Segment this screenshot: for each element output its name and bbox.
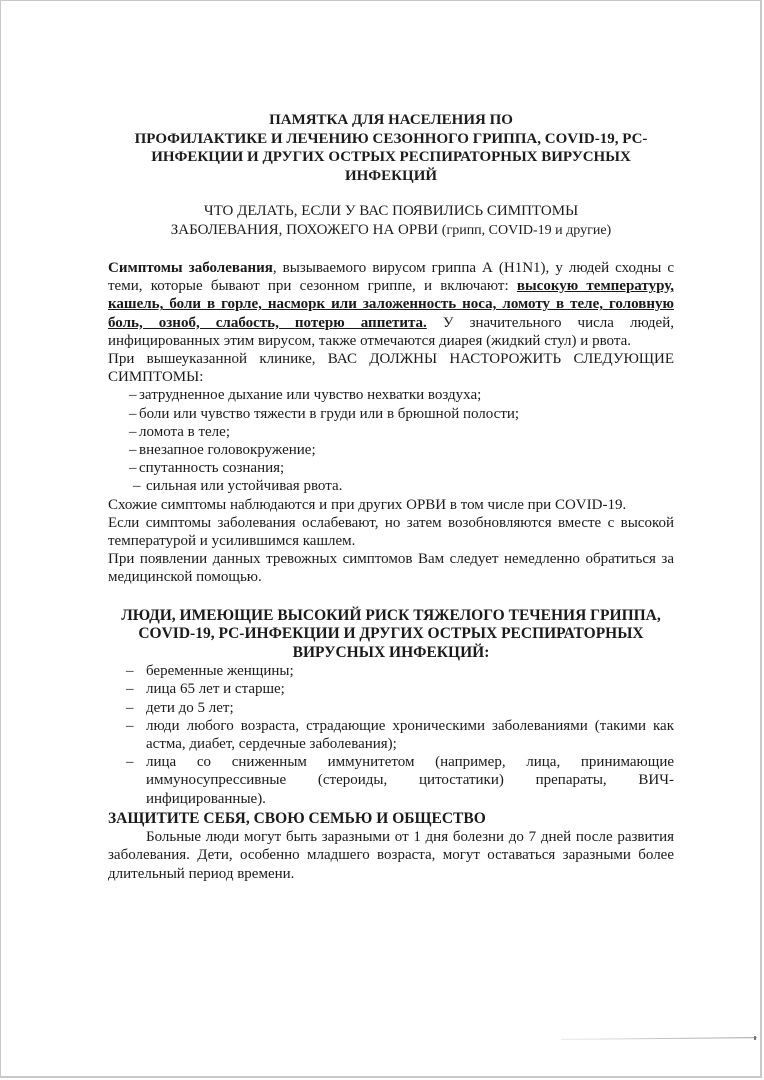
risk-title-line: ВИРУСНЫХ ИНФЕКЦИЙ: — [108, 644, 674, 663]
list-item-text: внезапное головокружение; — [139, 442, 316, 458]
dash-bullet: – — [126, 717, 134, 735]
document-title: ПАМЯТКА ДЛЯ НАСЕЛЕНИЯ ПО ПРОФИЛАКТИКЕ И … — [108, 111, 674, 185]
list-item: –лица со сниженным иммунитетом (например… — [108, 753, 674, 808]
scan-artifact-mark — [754, 1036, 756, 1040]
list-item-text: беременные женщины; — [146, 663, 294, 679]
list-item-text: боли или чувство тяжести в груди или в б… — [139, 406, 519, 422]
dash-bullet: – — [129, 459, 137, 477]
list-item: –беременные женщины; — [108, 662, 674, 680]
subtitle-line: ЧТО ДЕЛАТЬ, ЕСЛИ У ВАС ПОЯВИЛИСЬ СИМПТОМ… — [108, 202, 674, 221]
list-item: –боли или чувство тяжести в груди или в … — [108, 405, 674, 423]
similar-symptoms-paragraph: Схожие симптомы наблюдаются и при других… — [108, 496, 674, 514]
protect-paragraph: Больные люди могут быть заразными от 1 д… — [108, 828, 674, 883]
list-item-text: сильная или устойчивая рвота. — [146, 478, 342, 494]
dash-bullet: – — [129, 423, 137, 441]
list-item-text: дети до 5 лет; — [146, 700, 234, 716]
list-item: –спутанность сознания; — [108, 459, 674, 477]
title-line: ИНФЕКЦИЙ — [108, 167, 674, 186]
list-item-text: спутанность сознания; — [139, 460, 284, 476]
title-line: ПРОФИЛАКТИКЕ И ЛЕЧЕНИЮ СЕЗОННОГО ГРИППА,… — [108, 130, 674, 149]
warning-symptoms-list: –затрудненное дыхание или чувство нехват… — [108, 386, 674, 495]
document-page: ПАМЯТКА ДЛЯ НАСЕЛЕНИЯ ПО ПРОФИЛАКТИКЕ И … — [0, 0, 762, 1078]
subtitle-note: (грипп, COVID-19 и другие) — [442, 223, 611, 238]
list-item: –ломота в теле; — [108, 423, 674, 441]
dash-bullet: – — [126, 753, 134, 771]
document-subtitle: ЧТО ДЕЛАТЬ, ЕСЛИ У ВАС ПОЯВИЛИСЬ СИМПТОМ… — [108, 202, 674, 240]
dash-bullet: – — [133, 477, 141, 495]
dash-bullet: – — [126, 680, 134, 698]
symptoms-lead: Симптомы заболевания — [108, 260, 273, 276]
warning-intro: При вышеуказанной клинике, ВАС ДОЛЖНЫ НА… — [108, 350, 674, 386]
protect-title: ЗАЩИТИТЕ СЕБЯ, СВОЮ СЕМЬЮ И ОБЩЕСТВО — [108, 810, 674, 829]
title-line: ИНФЕКЦИИ И ДРУГИХ ОСТРЫХ РЕСПИРАТОРНЫХ В… — [108, 148, 674, 167]
risk-title-line: COVID-19, РС-ИНФЕКЦИИ И ДРУГИХ ОСТРЫХ РЕ… — [108, 625, 674, 644]
list-item: –сильная или устойчивая рвота. — [108, 477, 674, 495]
list-item: –внезапное головокружение; — [108, 441, 674, 459]
title-line: ПАМЯТКА ДЛЯ НАСЕЛЕНИЯ ПО — [108, 111, 674, 130]
dash-bullet: – — [129, 405, 137, 423]
list-item: –лица 65 лет и старше; — [108, 680, 674, 698]
relapse-paragraph: Если симптомы заболевания ослабевают, но… — [108, 514, 674, 550]
risk-title-line: ЛЮДИ, ИМЕЮЩИЕ ВЫСОКИЙ РИСК ТЯЖЕЛОГО ТЕЧЕ… — [108, 607, 674, 626]
list-item: –люди любого возраста, страдающие хронич… — [108, 717, 674, 753]
list-item-text: лица 65 лет и старше; — [146, 681, 285, 697]
seek-help-paragraph: При появлении данных тревожных симптомов… — [108, 550, 674, 586]
list-item-text: ломота в теле; — [139, 424, 230, 440]
risk-groups-title: ЛЮДИ, ИМЕЮЩИЕ ВЫСОКИЙ РИСК ТЯЖЕЛОГО ТЕЧЕ… — [108, 607, 674, 663]
dash-bullet: – — [126, 662, 134, 680]
subtitle-line: ЗАБОЛЕВАНИЯ, ПОХОЖЕГО НА ОРВИ (грипп, CO… — [108, 221, 674, 241]
list-item-text: затрудненное дыхание или чувство нехватк… — [139, 387, 481, 403]
list-item-text: люди любого возраста, страдающие хрониче… — [146, 718, 674, 752]
list-item: –затрудненное дыхание или чувство нехват… — [108, 386, 674, 404]
list-item: –дети до 5 лет; — [108, 699, 674, 717]
dash-bullet: – — [129, 386, 137, 404]
document-body: ПАМЯТКА ДЛЯ НАСЕЛЕНИЯ ПО ПРОФИЛАКТИКЕ И … — [108, 111, 674, 883]
subtitle-main: ЗАБОЛЕВАНИЯ, ПОХОЖЕГО НА ОРВИ — [171, 222, 442, 238]
scan-artifact-line — [561, 1037, 757, 1040]
symptoms-paragraph: Симптомы заболевания, вызываемого вирусо… — [108, 259, 674, 350]
risk-groups-list: –беременные женщины; –лица 65 лет и стар… — [108, 662, 674, 808]
dash-bullet: – — [129, 441, 137, 459]
list-item-text: лица со сниженным иммунитетом (например,… — [146, 754, 674, 806]
dash-bullet: – — [126, 699, 134, 717]
